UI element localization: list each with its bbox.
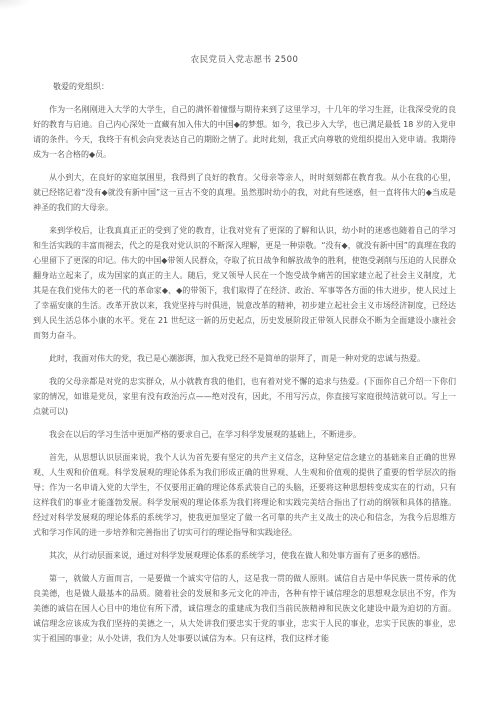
page-corner-shadow: [0, 0, 30, 9]
paragraph: 第一，就做人方面而言，一是要做一个诚实守信的人，这是我一贯的做人原则。诚信自古是…: [33, 571, 456, 646]
document-title: 农民党员入党志愿书 2500: [33, 53, 456, 68]
paragraph: 我会在以后的学习生活中更加严格的要求自己，在学习科学发展观的基础上，不断进步。: [33, 427, 456, 442]
paragraph: 从小到大，在良好的家庭氛围里，我得到了良好的教育。父母亲等亲人，时时刻刻都在教育…: [33, 170, 456, 215]
document-page: 农民党员入党志愿书 2500 敬爱的党组织： 作为一名刚刚进入大学的大学生，自己…: [0, 0, 496, 702]
paragraph: 此时，我面对伟大的党，我已是心潮澎湃，加入我党已经不是简单的崇拜了，而是一种对党…: [33, 351, 456, 366]
paragraph: 其次，从行动层面来说，通过对科学发展观理论体系的系统学习，使我在做人和处事方面有…: [33, 548, 456, 563]
paragraph: 来到学校后，让我真真正正的受到了党的教育，让我对党有了更深的了解和认识，幼小时的…: [33, 223, 456, 343]
paragraph: 首先，从思想认识层面来说，我个人认为首先要有坚定的共产主义信念，这种坚定信念建立…: [33, 450, 456, 540]
paragraph: 我的父母亲都是对党的忠实群众，从小就教育我的他们，也有着对党不懈的追求与热爱。(…: [33, 374, 456, 419]
paragraph: 作为一名刚刚进入大学的大学生，自己的满怀着憧憬与期待来到了这里学习，十几年的学习…: [33, 102, 456, 162]
salutation: 敬爱的党组织：: [33, 79, 456, 94]
